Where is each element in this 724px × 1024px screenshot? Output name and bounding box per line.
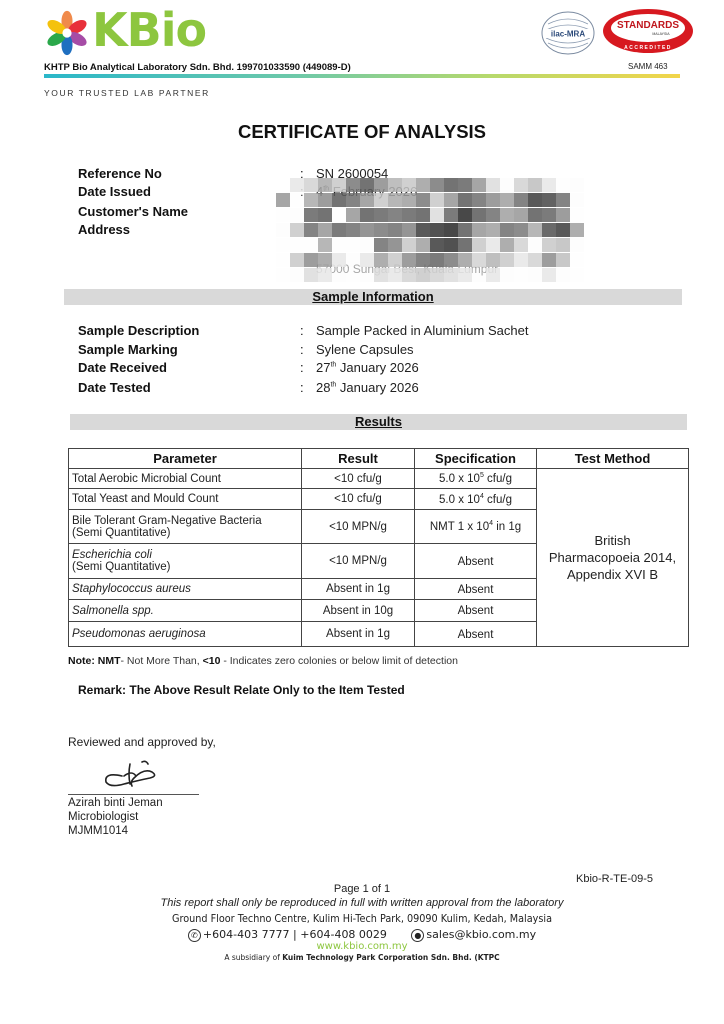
colon: :: [300, 323, 304, 338]
contact-line: ✆+604-403 7777 | +604-408 0029 ●sales@kb…: [0, 928, 724, 942]
specification-cell: Absent: [415, 600, 537, 622]
reviewed-by-label: Reviewed and approved by,: [68, 735, 216, 749]
svg-text:ACCREDITED: ACCREDITED: [624, 45, 672, 51]
test-method-cell: BritishPharmacopoeia 2014,Appendix XVI B: [537, 469, 689, 647]
reference-no-label: Reference No: [78, 166, 162, 181]
sample-marking-value: Sylene Capsules: [316, 342, 414, 357]
date-received-value: 27th January 2026: [316, 360, 419, 375]
signature-line: [68, 794, 199, 795]
parameter-cell: Total Aerobic Microbial Count: [69, 469, 302, 489]
samm-number: SAMM 463: [628, 62, 668, 71]
customer-name-label: Customer's Name: [78, 204, 188, 219]
reproduction-notice: This report shall only be reproduced in …: [0, 897, 724, 909]
parameter-cell: Total Yeast and Mould Count: [69, 489, 302, 510]
signer-id: MJMM1014: [68, 825, 128, 837]
date-issued-label: Date Issued: [78, 184, 151, 199]
result-cell: Absent in 1g: [302, 579, 415, 600]
parameter-cell: Staphylococcus aureus: [69, 579, 302, 600]
colon: :: [300, 380, 304, 395]
page-title: CERTIFICATE OF ANALYSIS: [0, 121, 724, 143]
website-link[interactable]: www.kbio.com.my: [0, 941, 724, 952]
parameter-cell: Bile Tolerant Gram-Negative Bacteria(Sem…: [69, 510, 302, 544]
parameter-cell: Escherichia coli(Semi Quantitative): [69, 544, 302, 579]
result-cell: <10 cfu/g: [302, 469, 415, 489]
specification-cell: NMT 1 x 104 in 1g: [415, 510, 537, 544]
sample-description-value: Sample Packed in Aluminium Sachet: [316, 323, 528, 338]
parameter-cell: Salmonella spp.: [69, 600, 302, 622]
specification-cell: 5.0 x 105 cfu/g: [415, 469, 537, 489]
svg-text:STANDARDS: STANDARDS: [617, 20, 679, 31]
svg-text:ilac-MRA: ilac-MRA: [551, 30, 585, 39]
lab-address: Ground Floor Techno Centre, Kulim Hi-Tec…: [29, 913, 695, 925]
table-header-row: Parameter Result Specification Test Meth…: [69, 449, 689, 469]
result-cell: <10 MPN/g: [302, 510, 415, 544]
signer-name: Azirah binti Jeman: [68, 797, 163, 809]
date-tested-value: 28th January 2026: [316, 380, 419, 395]
column-header-parameter: Parameter: [69, 449, 302, 469]
date-received-label: Date Received: [78, 360, 167, 375]
table-note: Note: NMT- Not More Than, <10 - Indicate…: [68, 655, 458, 667]
sample-description-label: Sample Description: [78, 323, 199, 338]
email-address[interactable]: sales@kbio.com.my: [426, 928, 536, 941]
table-row: Total Aerobic Microbial Count<10 cfu/g5.…: [69, 469, 689, 489]
signer-role: Microbiologist: [68, 811, 138, 823]
signature-image: [100, 756, 160, 790]
svg-text:MALAYSIA: MALAYSIA: [652, 32, 670, 36]
tagline: YOUR TRUSTED LAB PARTNER: [44, 88, 210, 98]
date-tested-label: Date Tested: [78, 380, 151, 395]
sample-information-heading: Sample Information: [64, 289, 682, 305]
phone-icon: ✆: [188, 929, 201, 942]
standards-malaysia-logo-icon: STANDARDS MALAYSIA ACCREDITED: [601, 7, 695, 55]
specification-cell: Absent: [415, 579, 537, 600]
result-cell: Absent in 1g: [302, 622, 415, 647]
subsidiary-line: A subsidiary of Kuim Technology Park Cor…: [0, 953, 724, 962]
redacted-customer-info: [276, 178, 588, 286]
specification-cell: Absent: [415, 544, 537, 579]
header-divider: [44, 74, 680, 78]
specification-cell: 5.0 x 104 cfu/g: [415, 489, 537, 510]
colon: :: [300, 360, 304, 375]
parameter-cell: Pseudomonas aeruginosa: [69, 622, 302, 647]
remark: Remark: The Above Result Relate Only to …: [78, 683, 405, 697]
colon: :: [300, 342, 304, 357]
phone-numbers: +604-403 7777 | +604-408 0029: [203, 928, 387, 941]
results-heading: Results: [70, 414, 687, 430]
specification-cell: Absent: [415, 622, 537, 647]
results-table: Parameter Result Specification Test Meth…: [68, 448, 689, 647]
email-icon: ●: [411, 929, 424, 942]
sample-marking-label: Sample Marking: [78, 342, 178, 357]
ilac-mra-logo-icon: ilac-MRA: [540, 10, 596, 56]
result-cell: Absent in 10g: [302, 600, 415, 622]
column-header-result: Result: [302, 449, 415, 469]
brand-logo-text: KBio: [92, 6, 206, 54]
result-cell: <10 MPN/g: [302, 544, 415, 579]
company-registration: KHTP Bio Analytical Laboratory Sdn. Bhd.…: [44, 62, 351, 73]
address-label: Address: [78, 222, 130, 237]
column-header-specification: Specification: [415, 449, 537, 469]
page-number: Page 1 of 1: [0, 883, 724, 895]
result-cell: <10 cfu/g: [302, 489, 415, 510]
kbio-flower-logo-icon: [44, 10, 90, 56]
column-header-test-method: Test Method: [537, 449, 689, 469]
